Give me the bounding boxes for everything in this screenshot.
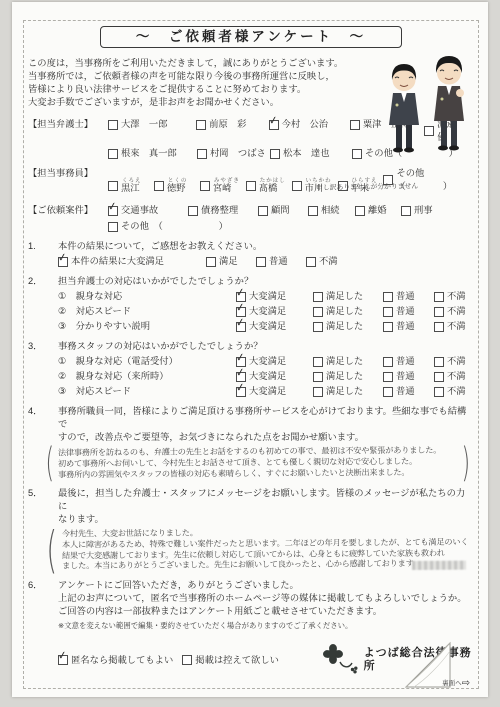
question-text-line: アンケートにご回答いただき，ありがとうございました。 <box>58 579 474 592</box>
checkbox-icon <box>401 206 411 216</box>
question-text-line: 上記のお声について，匿名で当事務所のホームページ等の媒体に掲載してもよろしいでし… <box>58 592 474 605</box>
question-number: 2． <box>28 275 58 288</box>
staff-section: 【担当事務員】 くろえ 黒江 とくの 徳野 <box>28 167 474 196</box>
checkbox-label: 大変満足 <box>249 370 286 383</box>
clover-logo-icon <box>319 642 359 678</box>
rating-row-label: ① 親身な対応 <box>58 290 236 303</box>
checkbox-icon <box>108 120 118 130</box>
checkbox-label: 根來 真一郎 <box>121 147 177 160</box>
checkbox-label: 普通 <box>396 370 415 383</box>
checkbox-lawyer-maehara[interactable]: 前原 彩 <box>196 118 268 131</box>
page-title: ～ ご依頼者様アンケート ～ <box>100 26 402 48</box>
checkbox-icon <box>383 357 393 367</box>
checkbox-icon <box>58 655 68 665</box>
checkbox-q3r3-dissatisfied[interactable]: 不満 <box>434 385 466 398</box>
handwriting-bracket-open: ( <box>46 528 57 572</box>
rating-row-label: ② 対応スピード <box>58 305 236 318</box>
intro-line: 皆様により良い法律サービスをご提供することに努めております。 <box>28 83 390 96</box>
checkbox-label: 普通 <box>396 385 415 398</box>
checkbox-icon <box>108 181 118 191</box>
checkbox-q3r1-neutral[interactable]: 普通 <box>383 355 434 368</box>
checkbox-label: 満足した <box>326 305 363 318</box>
rating-row-label: ② 親身な対応（来所時） <box>58 370 236 383</box>
checkbox-case-other[interactable]: その他 （ ） <box>108 220 228 233</box>
checkbox-icon <box>383 322 393 332</box>
checkbox-label: 普通 <box>396 355 415 368</box>
handwritten-answer-q5: ( 今村先生、大変お世話になりました。 本人に障害があるため、特殊で難しい案件だ… <box>42 528 474 572</box>
checkbox-label: 普通 <box>269 255 288 268</box>
checkbox-icon <box>350 120 360 130</box>
checkbox-lawyer-matsumoto[interactable]: 松本 達也 <box>270 147 352 160</box>
checkbox-q3r1-satisfied[interactable]: 満足した <box>313 355 383 368</box>
checkbox-label: 債務整理 <box>201 204 238 217</box>
checkbox-icon <box>258 206 268 216</box>
checkbox-q2r1-dissatisfied[interactable]: 不満 <box>434 290 466 303</box>
case-section-label: 【ご依頼案件】 <box>28 204 108 236</box>
checkbox-label: 掲載は控えて欲しい <box>195 654 279 667</box>
checkbox-label: 満足 <box>219 255 238 268</box>
checkbox-label: 匿名なら掲載してもよい <box>71 654 173 667</box>
question-text-line: 最後に，担当した弁護士・スタッフにメッセージをお願いします。皆様のメッセージが私… <box>58 487 474 513</box>
checkbox-case-traffic[interactable]: 交通事故 <box>108 204 188 217</box>
checkbox-label: 不満 <box>447 320 466 333</box>
checkbox-q2r3-neutral[interactable]: 普通 <box>383 320 434 333</box>
checkbox-icon <box>383 387 393 397</box>
checkbox-q2r2-satisfied[interactable]: 満足した <box>313 305 383 318</box>
case-section: 【ご依頼案件】 交通事故 債務整理 顧問 <box>28 204 474 236</box>
checkbox-icon <box>434 357 444 367</box>
checkbox-label: 顧問 <box>271 204 290 217</box>
checkbox-label: 不満 <box>447 355 466 368</box>
checkbox-icon <box>434 322 444 332</box>
checkbox-label: 村岡 つばさ <box>210 147 266 160</box>
question-text-line: なります。 <box>58 513 474 526</box>
checkbox-icon <box>355 206 365 216</box>
staff-name: たかはし 髙橋 <box>259 179 286 193</box>
question-text: アンケートにご回答いただき，ありがとうございました。 上記のお声について，匿名で… <box>58 579 474 618</box>
back-page-label[interactable]: 裏面へ⇨ <box>442 678 470 689</box>
checkbox-q2r3-dissatisfied[interactable]: 不満 <box>434 320 466 333</box>
checkbox-icon <box>292 181 302 191</box>
checkbox-staff-tokuno[interactable]: とくの 徳野 <box>154 179 200 193</box>
question-text-line: すので，改善点やご要望等，お気づきになられた点をお聞かせ願います。 <box>58 431 474 444</box>
checkbox-q2r3-satisfied[interactable]: 満足した <box>313 320 383 333</box>
checkbox-q2r2-dissatisfied[interactable]: 不満 <box>434 305 466 318</box>
question-text-line: 事務所職員一同，皆様によりご満足頂ける事務所サービスを心がけております。些細な事… <box>58 405 474 431</box>
staff-name-text: 髙橋 <box>259 184 278 193</box>
checkbox-q3r2-satisfied[interactable]: 満足した <box>313 370 383 383</box>
checkbox-q1-dissatisfied[interactable]: 不満 <box>306 255 338 268</box>
checkbox-label: 大変満足 <box>249 385 286 398</box>
checkbox-icon <box>434 387 444 397</box>
checkbox-q3r2-neutral[interactable]: 普通 <box>383 370 434 383</box>
right-arrow-icon: ⇨ <box>462 678 470 689</box>
checkbox-icon <box>58 257 68 267</box>
survey-paper: ～ ご依頼者様アンケート ～ この度は，当事務所をご利用いただきまして，誠にあり… <box>12 2 488 697</box>
checkbox-case-criminal[interactable]: 刑事 <box>401 204 433 217</box>
checkbox-icon <box>236 372 246 382</box>
checkbox-icon <box>236 357 246 367</box>
handwriting-bracket-close: ) <box>462 446 471 480</box>
checkbox-q2r1-neutral[interactable]: 普通 <box>383 290 434 303</box>
staff-name: みやざき 宮崎 <box>213 179 240 193</box>
checkbox-q1-neutral[interactable]: 普通 <box>256 255 306 268</box>
checkbox-icon <box>182 655 192 665</box>
checkbox-icon <box>236 292 246 302</box>
edit-disclaimer-note: ※文意を変えない範囲で編集・要約させていただく場合がありますのでご了承ください。 <box>58 619 474 632</box>
staff-name-text: 黒江 <box>121 184 140 193</box>
checkbox-label: その他 （ ） <box>121 220 228 233</box>
staff-name-text: 宮崎 <box>213 184 232 193</box>
checkbox-icon <box>154 181 164 191</box>
rating-row-label: ③ 分かりやすい説明 <box>58 320 236 333</box>
intro-line: この度は，当事務所をご利用いただきまして，誠にありがとうございます。 <box>28 57 390 70</box>
checkbox-label: 大変満足 <box>249 290 286 303</box>
checkbox-q3r2-dissatisfied[interactable]: 不満 <box>434 370 466 383</box>
checkbox-icon <box>236 322 246 332</box>
handwritten-line: ました。本当にありがとうございました。先生にお願いして良かったと、心から感謝して… <box>62 559 468 573</box>
checkbox-icon <box>196 120 206 130</box>
question-5: 5． 最後に，担当した弁護士・スタッフにメッセージをお願いします。皆様のメッセー… <box>28 487 474 572</box>
checkbox-label: 大変満足 <box>249 305 286 318</box>
checkbox-label: 普通 <box>396 320 415 333</box>
question-text: 事務所職員一同，皆様によりご満足頂ける事務所サービスを心がけております。些細な事… <box>58 405 474 444</box>
checkbox-case-divorce[interactable]: 離婚 <box>355 204 401 217</box>
question-number: 4． <box>28 405 58 444</box>
checkbox-icon <box>383 372 393 382</box>
checkbox-icon <box>313 292 323 302</box>
question-number: 6． <box>28 579 58 618</box>
checkbox-icon <box>108 149 118 159</box>
checkbox-label: 大変満足 <box>249 320 286 333</box>
checkbox-staff-kuroe[interactable]: くろえ 黒江 <box>108 179 154 193</box>
handwriting-bracket-open: ( <box>46 446 55 480</box>
question-text: 担当弁護士の対応はいかがでしたでしょうか？ <box>58 275 474 288</box>
checkbox-icon <box>424 126 434 136</box>
question-number: 1. <box>28 240 58 253</box>
staff-name: くろえ 黒江 <box>121 179 142 193</box>
checkbox-case-debt[interactable]: 債務整理 <box>188 204 258 217</box>
checkbox-icon <box>352 149 362 159</box>
checkbox-icon <box>308 206 318 216</box>
checkbox-label: 満足した <box>326 290 363 303</box>
checkbox-lawyer-osawa[interactable]: 大澤 一郎 <box>108 118 196 131</box>
handwriting-bracket-close: ) <box>472 528 474 572</box>
checkbox-label: 相続 <box>321 204 340 217</box>
checkbox-icon <box>206 257 216 267</box>
lawyer-characters-illustration <box>380 51 472 155</box>
checkbox-icon <box>434 292 444 302</box>
checkbox-q3r3-neutral[interactable]: 普通 <box>383 385 434 398</box>
checkbox-label: 離婚 <box>368 204 387 217</box>
redacted-signature <box>412 561 466 570</box>
question-3: 3． 事務スタッフの対応はいかがでしたでしょうか？ ① 親身な対応（電話受付） … <box>28 340 474 398</box>
checkbox-label: 不満 <box>319 255 338 268</box>
survey-content: ～ ご依頼者様アンケート ～ この度は，当事務所をご利用いただきまして，誠にあり… <box>28 24 474 685</box>
checkbox-icon <box>383 307 393 317</box>
checkbox-label: 不満 <box>447 370 466 383</box>
checkbox-label: 刑事 <box>414 204 433 217</box>
question-text: 事務スタッフの対応はいかがでしたでしょうか？ <box>58 340 474 353</box>
checkbox-label: 松本 達也 <box>283 147 330 160</box>
question-2: 2． 担当弁護士の対応はいかがでしたでしょうか？ ① 親身な対応 大変満足 満足… <box>28 275 474 333</box>
checkbox-label: 前原 彩 <box>209 118 246 131</box>
rating-row-label: ③ 対応スピード <box>58 385 236 398</box>
checkbox-q3r1-dissatisfied[interactable]: 不満 <box>434 355 466 368</box>
handwritten-line: 事務所内の雰囲気やスタッフの皆様の対応も素晴らしく、すぐにお願いしたいと決断出来… <box>58 467 459 481</box>
checkbox-icon <box>256 257 266 267</box>
question-number: 3． <box>28 340 58 353</box>
checkbox-q2r1-satisfied[interactable]: 満足した <box>313 290 383 303</box>
checkbox-icon <box>269 120 279 130</box>
checkbox-q2r2-neutral[interactable]: 普通 <box>383 305 434 318</box>
checkbox-lawyer-negoro[interactable]: 根來 真一郎 <box>108 147 197 160</box>
checkbox-icon <box>313 357 323 367</box>
checkbox-icon <box>236 307 246 317</box>
checkbox-icon <box>197 149 207 159</box>
checkbox-icon <box>306 257 316 267</box>
checkbox-label: 満足した <box>326 320 363 333</box>
checkbox-label: 交通事故 <box>121 204 158 217</box>
checkbox-icon <box>383 292 393 302</box>
staff-name-text: 徳野 <box>167 184 186 193</box>
checkbox-icon <box>313 372 323 382</box>
intro-line: 当事務所では，ご依頼者様の声を可能な限り今後の事務所運営に反映し， <box>28 70 390 83</box>
checkbox-label: 満足した <box>326 355 363 368</box>
checkbox-icon <box>236 387 246 397</box>
checkbox-q2r2-verysatisfied[interactable]: 大変満足 <box>236 305 313 318</box>
checkbox-icon <box>270 149 280 159</box>
checkbox-label: 普通 <box>396 305 415 318</box>
checkbox-label: 今村 公治 <box>282 118 329 131</box>
checkbox-q3r3-verysatisfied[interactable]: 大変満足 <box>236 385 313 398</box>
checkbox-q1-satisfied[interactable]: 満足 <box>206 255 256 268</box>
intro-text: この度は，当事務所をご利用いただきまして，誠にありがとうございます。 当事務所で… <box>28 57 390 109</box>
checkbox-publish-anonymous-ok[interactable]: 匿名なら掲載してもよい <box>58 654 182 667</box>
checkbox-icon <box>188 206 198 216</box>
checkbox-staff-takahashi[interactable]: たかはし 髙橋 <box>246 179 292 193</box>
handwritten-staff-note: 申し訳ありませんが分かりません <box>316 180 418 195</box>
question-text-line: ご回答の内容は一部抜粋またはアンケート用紙ごと載せさせていただきます。 <box>58 605 474 618</box>
checkbox-icon <box>434 372 444 382</box>
checkbox-label: 不満 <box>447 385 466 398</box>
checkbox-label: 大変満足 <box>249 355 286 368</box>
checkbox-icon <box>108 222 118 232</box>
checkbox-q3r1-verysatisfied[interactable]: 大変満足 <box>236 355 313 368</box>
checkbox-icon <box>246 181 256 191</box>
checkbox-label: 不満 <box>447 290 466 303</box>
checkbox-label: 本件の結果に大変満足 <box>71 255 164 268</box>
checkbox-q3r3-satisfied[interactable]: 満足した <box>313 385 383 398</box>
checkbox-label: 不満 <box>447 305 466 318</box>
question-text: 本件の結果について，ご感想をお教えください。 <box>58 240 474 253</box>
checkbox-q1-verysatisfied[interactable]: 本件の結果に大変満足 <box>58 255 206 268</box>
question-4: 4． 事務所職員一同，皆様によりご満足頂ける事務所サービスを心がけております。些… <box>28 405 474 480</box>
checkbox-icon <box>313 307 323 317</box>
checkbox-label: 普通 <box>396 290 415 303</box>
checkbox-label: 大澤 一郎 <box>121 118 168 131</box>
intro-line: 大変お手数でございますが，是非お声をお聞かせください。 <box>28 96 390 109</box>
checkbox-icon <box>434 307 444 317</box>
checkbox-lawyer-imamura[interactable]: 今村 公治 <box>269 118 350 131</box>
question-text: 最後に，担当した弁護士・スタッフにメッセージをお願いします。皆様のメッセージが私… <box>58 487 474 526</box>
back-page-text: 裏面へ <box>442 680 462 687</box>
checkbox-label: 満足した <box>326 385 363 398</box>
checkbox-icon <box>313 322 323 332</box>
checkbox-case-inheritance[interactable]: 相続 <box>308 204 355 217</box>
checkbox-q2r3-verysatisfied[interactable]: 大変満足 <box>236 320 313 333</box>
handwritten-answer-q4: ( 法律事務所を訪ねるのも、弁護士の先生とお話をするのも初めての事で、最初は不安… <box>42 446 474 480</box>
checkbox-staff-miyazaki[interactable]: みやざき 宮崎 <box>200 179 246 193</box>
checkbox-case-advisory[interactable]: 顧問 <box>258 204 308 217</box>
checkbox-icon <box>108 206 118 216</box>
checkbox-label: 満足した <box>326 370 363 383</box>
checkbox-q2r1-verysatisfied[interactable]: 大変満足 <box>236 290 313 303</box>
checkbox-icon <box>313 387 323 397</box>
checkbox-icon <box>200 181 210 191</box>
staff-section-label: 【担当事務員】 <box>28 167 108 196</box>
question-1: 1. 本件の結果について，ご感想をお教えください。 本件の結果に大変満足 満足 … <box>28 240 474 268</box>
checkbox-q3r2-verysatisfied[interactable]: 大変満足 <box>236 370 313 383</box>
checkbox-publish-decline[interactable]: 掲載は控えて欲しい <box>182 654 304 667</box>
rating-row-label: ① 親身な対応（電話受付） <box>58 355 236 368</box>
lawyer-section-label: 【担当弁護士】 <box>28 118 108 163</box>
staff-name: とくの 徳野 <box>167 179 188 193</box>
checkbox-lawyer-muraoka[interactable]: 村岡 つばさ <box>197 147 270 160</box>
